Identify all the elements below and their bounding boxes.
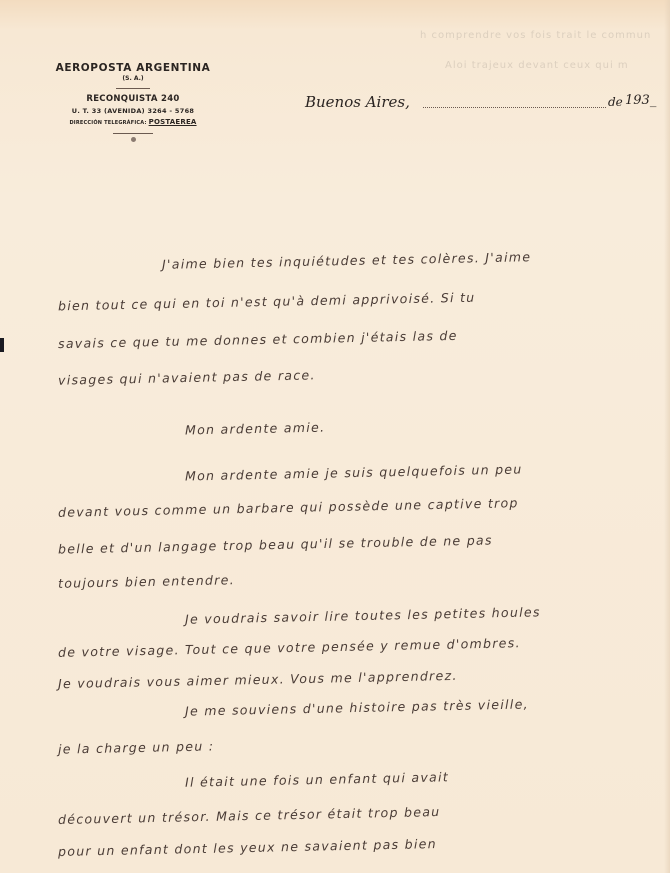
divider	[113, 133, 153, 134]
telegraph-label: DIRECCIÓN TELEGRÁFICA:	[69, 120, 146, 126]
handwritten-line: Il était une fois un enfant qui avait	[185, 769, 449, 790]
handwritten-line: Je voudrais vous aimer mieux. Vous me l'…	[58, 668, 458, 691]
ornament-drop-icon	[131, 137, 136, 142]
handwritten-line: pour un enfant dont les yeux ne savaient…	[58, 836, 437, 859]
handwritten-line: belle et d'un langage trop beau qu'il se…	[58, 532, 493, 556]
bleed-through-text: h comprendre vos fois trait le commun	[420, 30, 651, 41]
handwritten-line: bien tout ce qui en toi n'est qu'à demi …	[58, 290, 476, 314]
handwritten-line: toujours bien entendre.	[58, 572, 235, 591]
handwritten-line: savais ce que tu me donnes et combien j'…	[58, 328, 458, 351]
company-suffix: (S. A.)	[38, 75, 228, 82]
handwritten-line: Je voudrais savoir lire toutes les petit…	[185, 604, 541, 626]
handwritten-line: je la charge un peu :	[58, 738, 215, 756]
date-blank-line	[423, 107, 606, 108]
handwritten-line: visages qui n'avaient pas de race.	[58, 367, 316, 387]
company-phone: U. T. 33 (AVENIDA) 3264 - 5768	[38, 107, 228, 115]
telegraph-line: DIRECCIÓN TELEGRÁFICA: POSTAEREA	[38, 118, 228, 126]
punch-hole-mark	[0, 338, 4, 352]
telegraph-address: POSTAEREA	[149, 118, 197, 126]
letter-page: h comprendre vos fois trait le commun Al…	[0, 0, 670, 873]
handwritten-line: de votre visage. Tout ce que votre pensé…	[58, 635, 521, 660]
handwritten-line: devant vous comme un barbare qui possède…	[58, 495, 519, 520]
dateline-year: 193_	[625, 93, 656, 108]
letterhead: AEROPOSTA ARGENTINA (S. A.) RECONQUISTA …	[38, 62, 228, 142]
dateline-de: de	[608, 95, 623, 109]
handwritten-line: Mon ardente amie je suis quelquefois un …	[185, 461, 523, 483]
handwritten-line: J'aime bien tes inquiétudes et tes colèr…	[162, 249, 531, 272]
dateline-city: Buenos Aires,	[305, 93, 410, 111]
bleed-through-text: Aloi trajeux devant ceux qui m	[445, 60, 629, 71]
handwritten-line: découvert un trésor. Mais ce trésor étai…	[58, 804, 441, 827]
company-name: AEROPOSTA ARGENTINA	[38, 62, 228, 74]
handwritten-line: Mon ardente amie.	[185, 420, 326, 438]
company-address: RECONQUISTA 240	[38, 94, 228, 104]
divider	[116, 88, 150, 89]
handwritten-line: Je me souviens d'une histoire pas très v…	[185, 696, 529, 718]
dateline: Buenos Aires, de 193_	[305, 93, 660, 115]
